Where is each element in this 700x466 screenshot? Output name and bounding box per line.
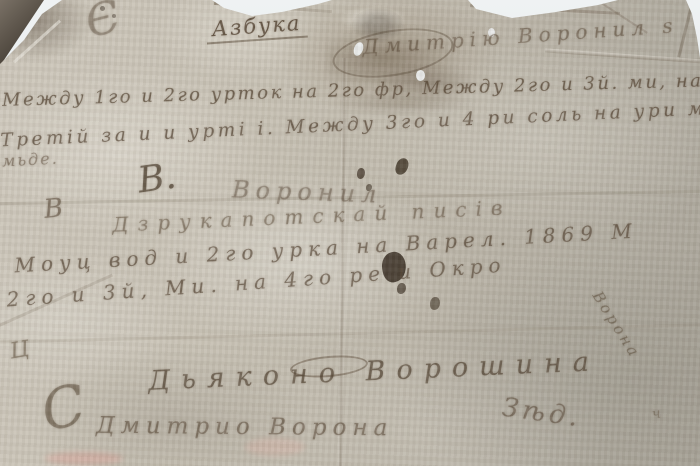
ink-blot	[394, 157, 410, 177]
handwriting-initial: В.	[135, 156, 178, 202]
handwriting-line: мьде.	[2, 149, 60, 171]
handwriting-title: Азбука	[205, 10, 308, 44]
pink-stain	[245, 438, 305, 456]
paper-sheet: Є Азбука Дмитрію Воронил ѕ Между 1го и 2…	[0, 0, 700, 466]
handwriting-signature: Дмитрио Ворона	[96, 413, 393, 442]
crease-line	[0, 323, 700, 343]
ink-blot	[397, 283, 406, 294]
handwriting-initial: В	[42, 193, 64, 225]
handwriting-initial: С	[36, 372, 91, 444]
handwriting-mark: ч	[651, 405, 662, 422]
handwriting-top-right-inscription: Дмитрію Воронил ѕ	[362, 13, 680, 59]
handwriting-mark: Ц	[8, 337, 31, 365]
handwriting-pencil-flourish: Є	[80, 0, 125, 48]
ink-blot	[357, 168, 365, 179]
handwriting-flourish: Зѣд.	[500, 393, 583, 434]
ink-blot	[430, 297, 440, 310]
manuscript-photo: Є Азбука Дмитрію Воронил ѕ Между 1го и 2…	[0, 0, 700, 466]
handwriting-signature: Дьяконо Ворошина	[148, 346, 601, 397]
pink-stain	[45, 452, 123, 465]
